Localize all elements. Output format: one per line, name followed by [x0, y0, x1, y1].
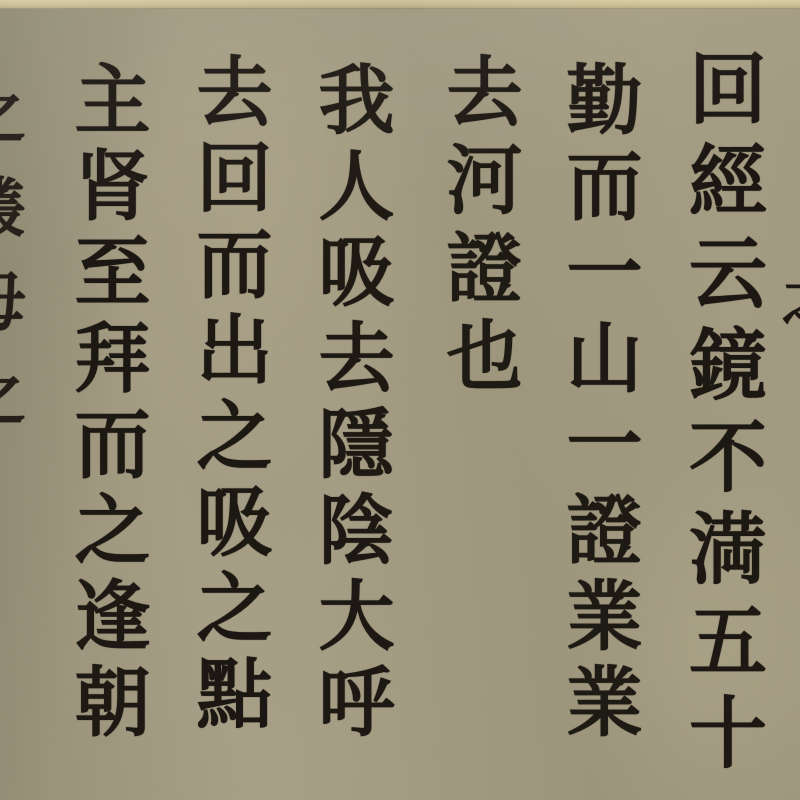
- calligraphy-column-3: 去河證也: [440, 52, 516, 404]
- calligraphy-column-2: 勤而一山一證業業: [560, 60, 636, 748]
- calligraphy-scroll: 之 回經云鏡不満五十 勤而一山一證業業 去河證也 我人吸去隱陰大呼 去回而出之吸…: [0, 0, 800, 800]
- calligraphy-column-6: 主肾至拜而之逢朝: [68, 60, 144, 748]
- calligraphy-edge-fragment-right: 之: [778, 270, 800, 366]
- calligraphy-column-7-partial: 之叢母之: [0, 80, 20, 456]
- calligraphy-column-4: 我人吸去隱陰大呼: [312, 60, 388, 748]
- scroll-mounting-strip: [0, 0, 800, 9]
- calligraphy-column-5: 去回而出之吸之點: [190, 52, 266, 740]
- calligraphy-column-1: 回經云鏡不満五十: [682, 48, 760, 784]
